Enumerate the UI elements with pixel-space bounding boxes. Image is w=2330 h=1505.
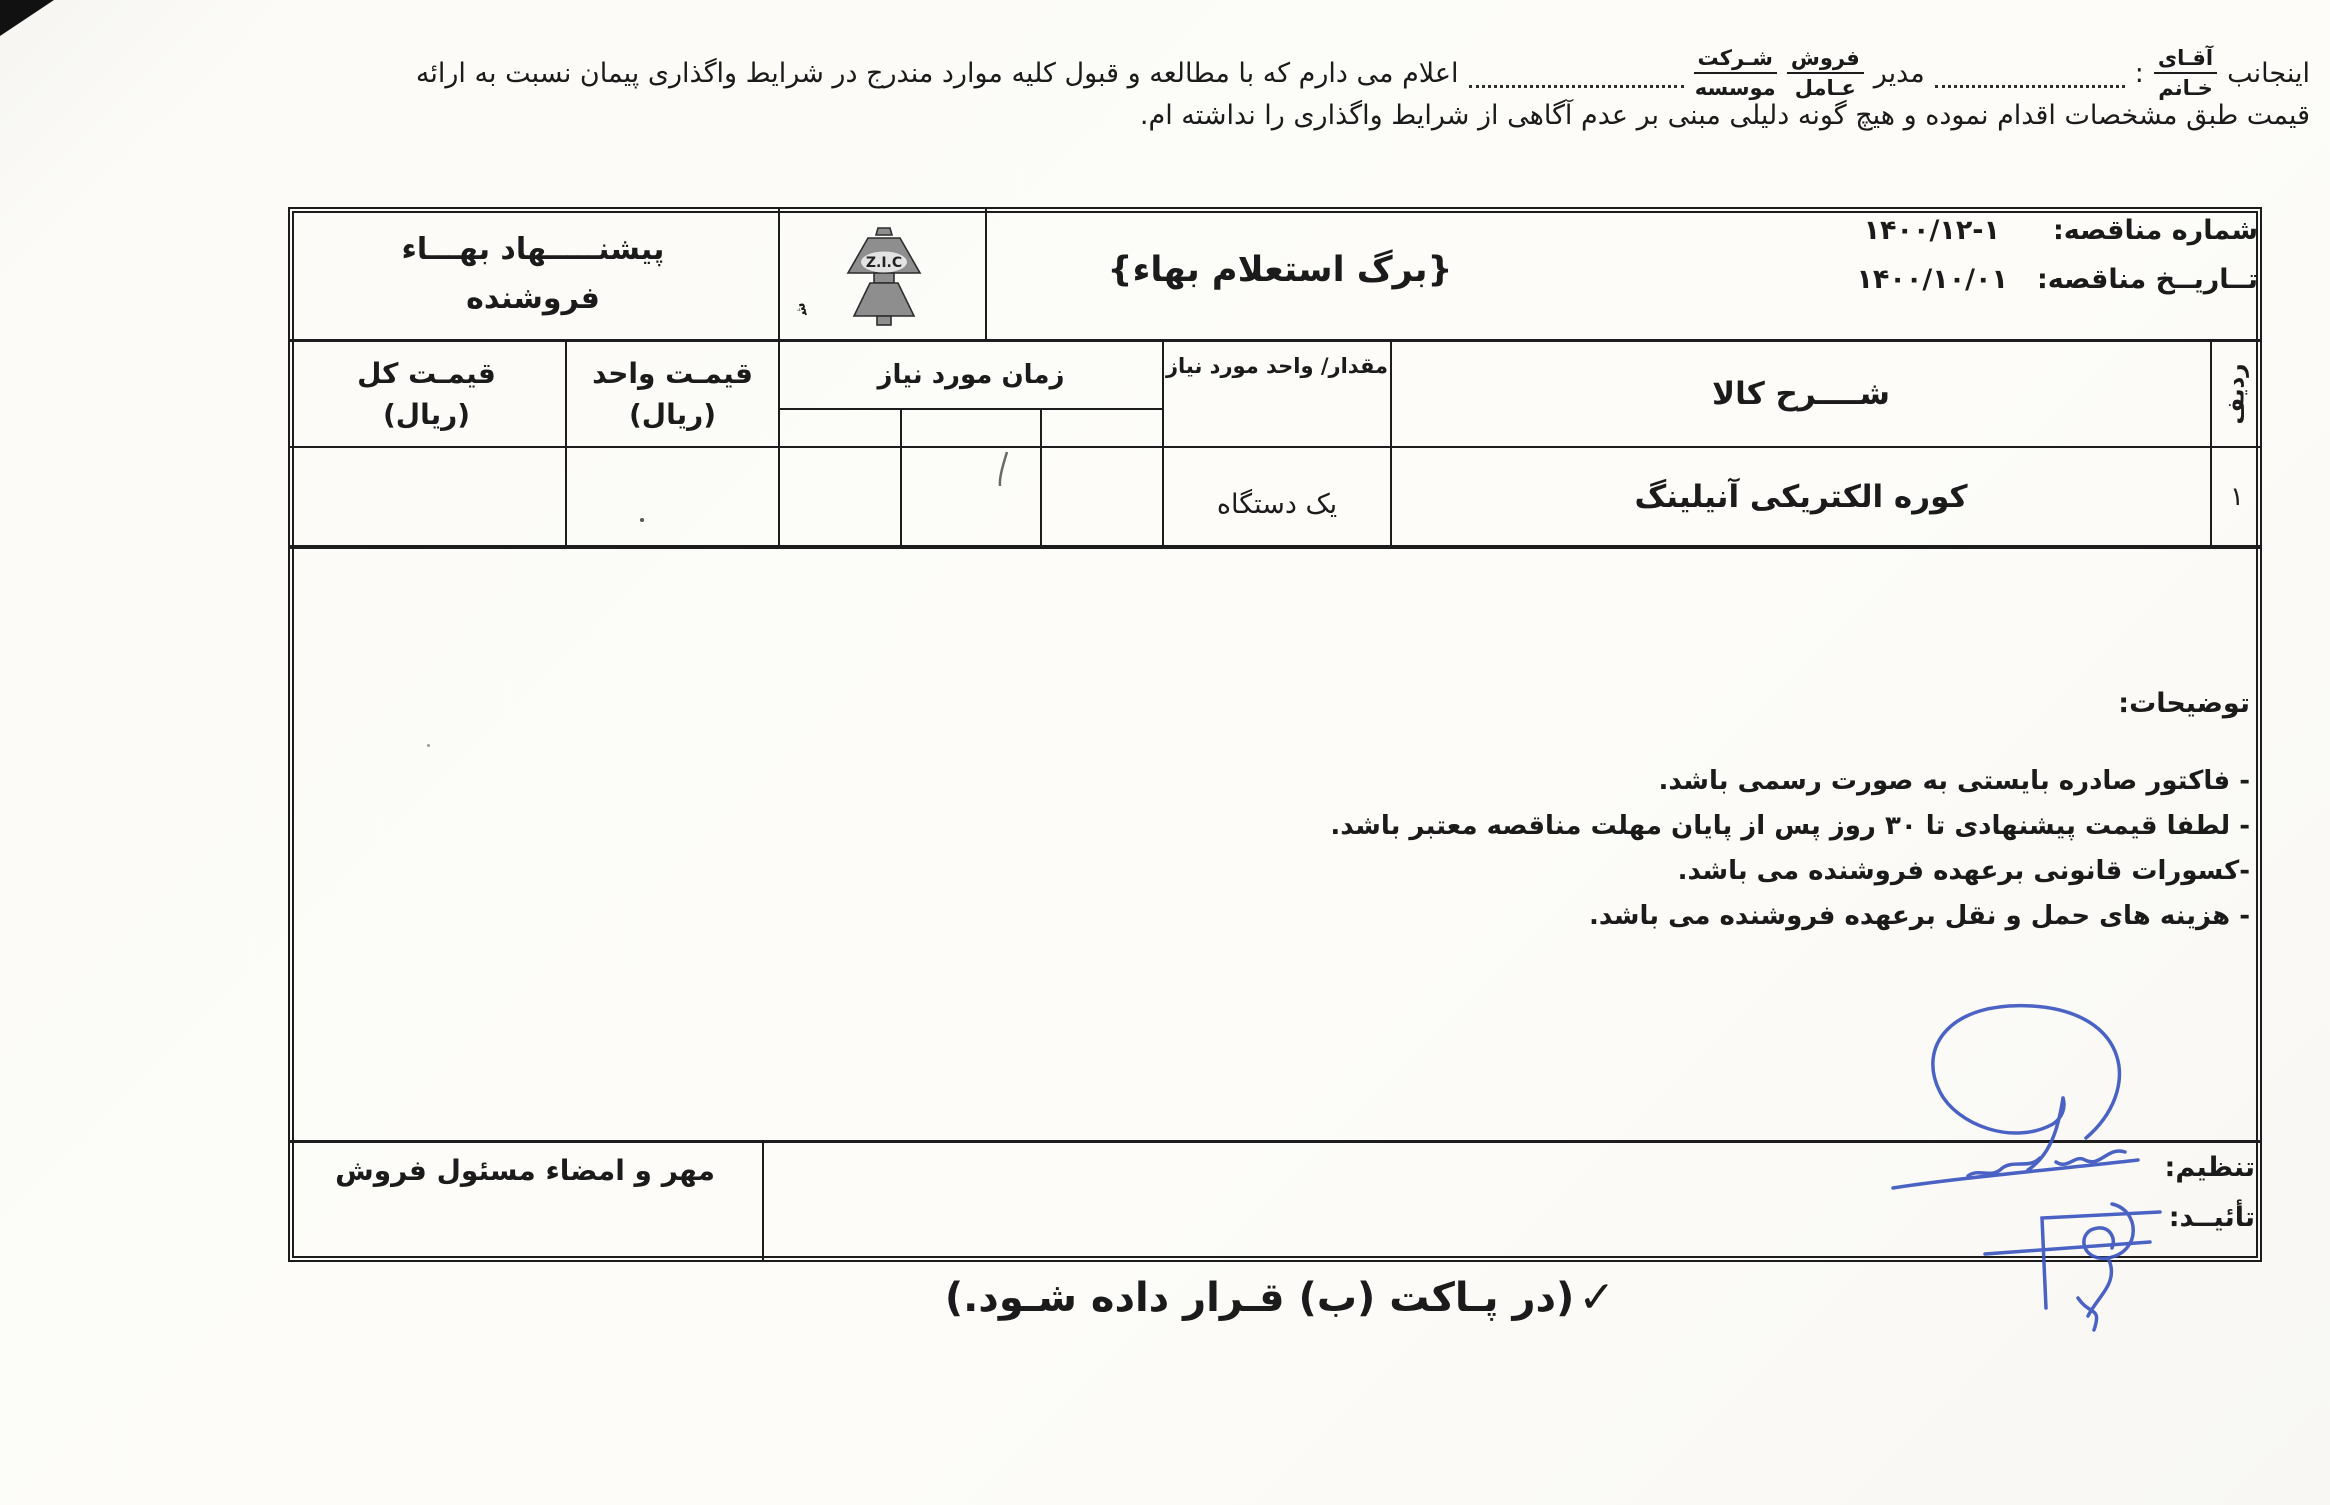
envelope-instruction-text: (در پـاکت (ب) قـرار داده شـود.)	[945, 1275, 1575, 1321]
pen-mark-artifact	[1000, 452, 1007, 486]
approved-signature-loop	[2084, 1204, 2133, 1258]
prepared-signature-loop	[1933, 1006, 2120, 1138]
scanned-price-inquiry-form: اینجانب آقـای خـانم : مدیر فروش عـامل شـ…	[0, 0, 2330, 1505]
checkmark-icon: ✓	[1578, 1272, 1615, 1323]
prepared-signature-stroke	[2028, 1098, 2063, 1170]
envelope-instruction: ✓ (در پـاکت (ب) قـرار داده شـود.)	[880, 1272, 1680, 1323]
approved-signature-tail	[2088, 1258, 2111, 1316]
